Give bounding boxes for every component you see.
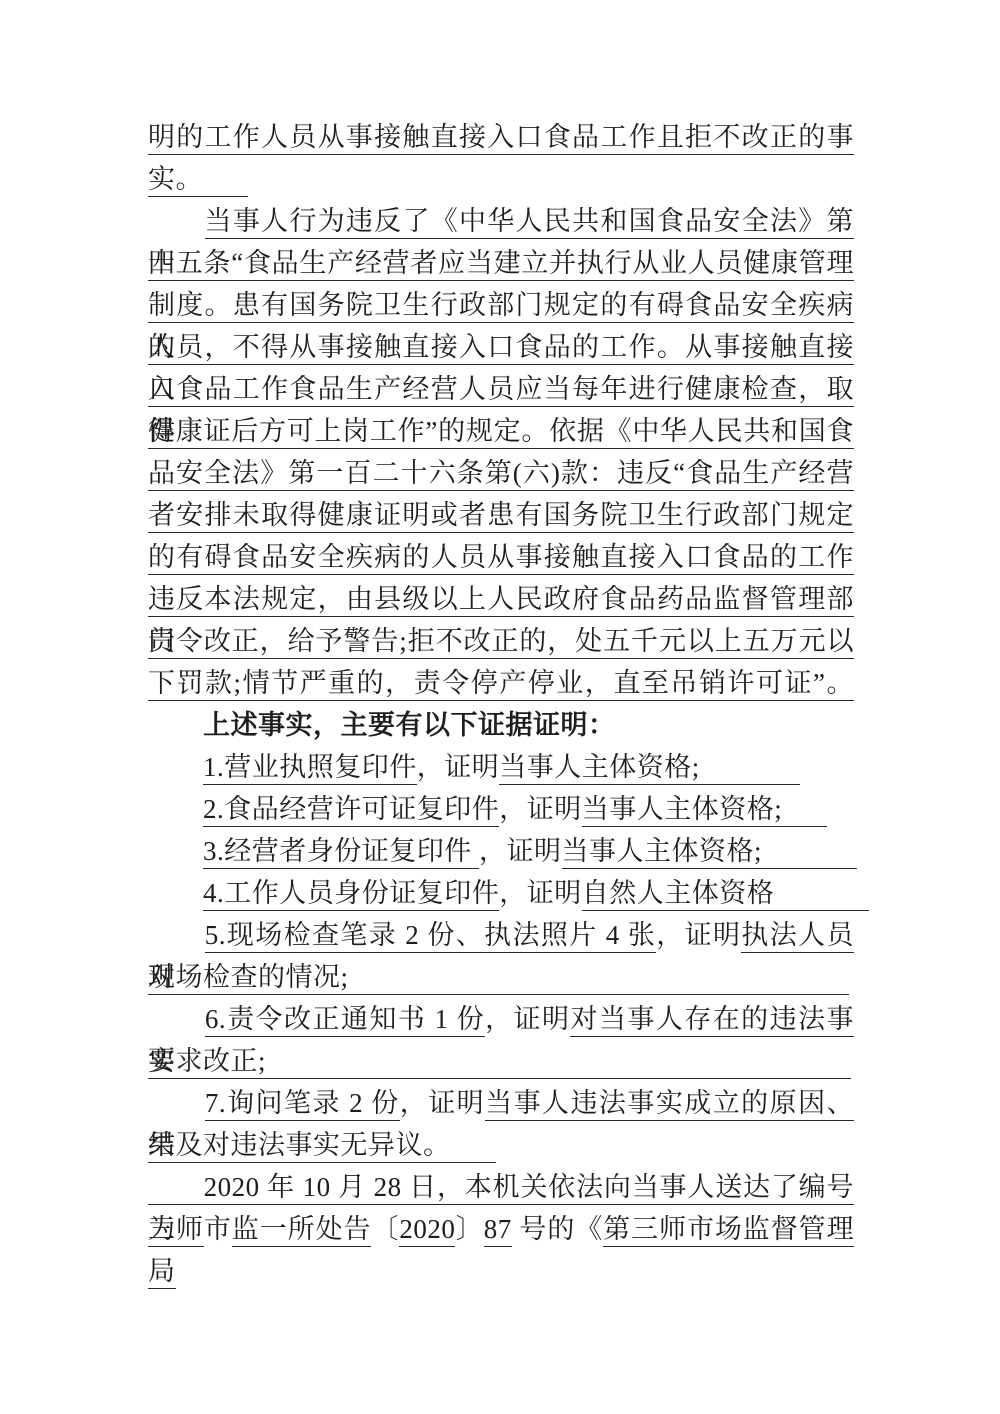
paragraph-indent bbox=[148, 710, 203, 740]
text-line: 口食品工作食品生产经营人员应当每年进行健康检查，取得 bbox=[148, 368, 854, 410]
underlined-text-segment: 1.营业执照复印件 bbox=[203, 752, 417, 785]
text-segment: ，证明 bbox=[656, 920, 741, 950]
paragraph-indent bbox=[148, 1088, 205, 1118]
blank-underline bbox=[266, 1076, 851, 1079]
underlined-text-segment: 三师 bbox=[148, 1214, 204, 1247]
text-segment: 〕 bbox=[455, 1214, 483, 1244]
blank-underline bbox=[782, 824, 827, 827]
underlined-text-segment: 明的工作人员从事接触直接入口食品工作且拒不改正的事 bbox=[148, 122, 854, 155]
text-line: 上述事实，主要有以下证据证明： bbox=[148, 704, 854, 746]
underlined-text-segment: 十五条“食品生产经营者应当建立并执行从业人员健康管理 bbox=[148, 248, 854, 281]
text-segment: 〔 bbox=[371, 1214, 399, 1244]
text-line: 制度。患有国务院卫生行政部门规定的有碍食品安全疾病的 bbox=[148, 284, 854, 326]
text-line: 品安全法》第一百二十六条第(六)款：违反“食品生产经营 bbox=[148, 452, 854, 494]
text-line: 的有碍食品安全疾病的人员从事接触直接入口食品的工作 bbox=[148, 536, 854, 578]
text-line: 责令改正，给予警告;拒不改正的，处五千元以上五万元以 bbox=[148, 620, 854, 662]
text-line: 果及对违法事实无异议。 bbox=[148, 1124, 854, 1166]
underlined-text-segment: 4.工作人员身份证复印件 bbox=[203, 878, 499, 911]
blank-underline bbox=[451, 1160, 496, 1163]
text-line: 十五条“食品生产经营者应当建立并执行从业人员健康管理 bbox=[148, 242, 854, 284]
paragraph-indent bbox=[148, 878, 203, 908]
text-segment: 上述事实，主要有以下证据证明： bbox=[203, 710, 616, 740]
text-segment: ，证明 bbox=[499, 878, 582, 908]
text-line: 健康证后方可上岗工作”的规定。依据《中华人民共和国食 bbox=[148, 410, 854, 452]
underlined-text-segment: 实。 bbox=[148, 164, 203, 197]
underlined-text-segment: 者安排未取得健康证明或者患有国务院卫生行政部门规定 bbox=[148, 500, 854, 533]
text-line: 3.经营者身份证复印件 ，证明当事人主体资格; bbox=[148, 830, 854, 872]
text-line: 现场检查的情况; bbox=[148, 956, 854, 998]
underlined-text-segment: 2.食品经营许可证复印件 bbox=[203, 794, 499, 827]
text-segment: ，证明 bbox=[499, 794, 582, 824]
text-line: 6.责令改正通知书 1 份，证明对当事人存在的违法事实 bbox=[148, 998, 854, 1040]
text-segment: ，证明 bbox=[479, 836, 562, 866]
text-line: 要求改正; bbox=[148, 1040, 854, 1082]
text-segment: 号的《 bbox=[512, 1214, 603, 1244]
paragraph-indent bbox=[148, 920, 205, 950]
document-body: 明的工作人员从事接触直接入口食品工作且拒不改正的事实。 当事人行为违反了《中华人… bbox=[148, 116, 854, 1250]
text-line: 下罚款;情节严重的，责令停产停业，直至吊销许可证”。 bbox=[148, 662, 854, 704]
underlined-text-segment: 责令改正，给予警告;拒不改正的，处五千元以上五万元以 bbox=[148, 626, 854, 659]
paragraph-indent bbox=[148, 206, 205, 236]
text-line: 者安排未取得健康证明或者患有国务院卫生行政部门规定 bbox=[148, 494, 854, 536]
underlined-text-segment: 6.责令改正通知书 1 份 bbox=[205, 1004, 485, 1037]
underlined-text-segment: 自然人主体资格 bbox=[582, 878, 775, 911]
underlined-text-segment: 7.询问笔录 2 份 bbox=[205, 1088, 400, 1121]
underlined-text-segment: 品安全法》第一百二十六条第(六)款：违反“食品生产经营 bbox=[148, 458, 854, 491]
underlined-text-segment: 2020 bbox=[399, 1214, 455, 1247]
blank-underline bbox=[762, 866, 857, 869]
underlined-text-segment: 87 bbox=[484, 1214, 512, 1247]
blank-underline bbox=[700, 782, 800, 785]
text-line: 5.现场检查笔录 2 份、执法照片 4 张，证明执法人员对 bbox=[148, 914, 854, 956]
blank-underline bbox=[774, 908, 869, 911]
text-line: 违反本法规定，由县级以上人民政府食品药品监督管理部门 bbox=[148, 578, 854, 620]
paragraph-indent bbox=[148, 836, 203, 866]
underlined-text-segment: 的有碍食品安全疾病的人员从事接触直接入口食品的工作 bbox=[148, 542, 854, 575]
text-line: 三师市监一所处告〔2020〕87 号的《第三师市场监督管理局 bbox=[148, 1208, 854, 1250]
text-line: 实。 bbox=[148, 158, 854, 200]
text-line: 人员，不得从事接触直接入口食品的工作。从事接触直接入 bbox=[148, 326, 854, 368]
text-line: 当事人行为违反了《中华人民共和国食品安全法》第四 bbox=[148, 200, 854, 242]
text-line: 明的工作人员从事接触直接入口食品工作且拒不改正的事 bbox=[148, 116, 854, 158]
text-line: 2.食品经营许可证复印件，证明当事人主体资格; bbox=[148, 788, 854, 830]
underlined-text-segment: 3.经营者身份证复印件 bbox=[203, 836, 479, 869]
text-segment: ，证明 bbox=[400, 1088, 485, 1118]
paragraph-indent bbox=[148, 794, 203, 824]
text-segment: ，证明 bbox=[417, 752, 500, 782]
underlined-text-segment: 果及对违法事实无异议。 bbox=[148, 1130, 451, 1163]
paragraph-indent bbox=[148, 1004, 205, 1034]
text-segment: ，证明 bbox=[485, 1004, 570, 1034]
text-line: 7.询问笔录 2 份，证明当事人违法事实成立的原因、结 bbox=[148, 1082, 854, 1124]
underlined-text-segment: 健康证后方可上岗工作”的规定。依据《中华人民共和国食 bbox=[148, 416, 854, 449]
underlined-text-segment: 5.现场检查笔录 2 份、执法照片 4 张 bbox=[205, 920, 657, 953]
blank-underline bbox=[203, 194, 248, 197]
text-line: 2020 年 10 月 28 日，本机关依法向当事人送达了编号为 bbox=[148, 1166, 854, 1208]
underlined-text-segment: 监一所处告 bbox=[232, 1214, 372, 1247]
underlined-text-segment: 当事人主体资格; bbox=[582, 794, 783, 827]
underlined-text-segment: 要求改正; bbox=[148, 1046, 266, 1079]
paragraph-indent bbox=[148, 752, 203, 782]
document-page: 明的工作人员从事接触直接入口食品工作且拒不改正的事实。 当事人行为违反了《中华人… bbox=[0, 0, 1000, 1414]
underlined-text-segment: 当事人主体资格; bbox=[499, 752, 700, 785]
underlined-text-segment: 当事人主体资格; bbox=[562, 836, 763, 869]
underlined-text-segment: 下罚款;情节严重的，责令停产停业，直至吊销许可证”。 bbox=[148, 668, 854, 701]
underlined-text-segment: 现场检查的情况; bbox=[148, 962, 349, 995]
blank-underline bbox=[349, 992, 849, 995]
text-line: 4.工作人员身份证复印件，证明自然人主体资格 bbox=[148, 872, 854, 914]
text-line: 1.营业执照复印件，证明当事人主体资格; bbox=[148, 746, 854, 788]
text-segment: 市 bbox=[204, 1214, 232, 1244]
